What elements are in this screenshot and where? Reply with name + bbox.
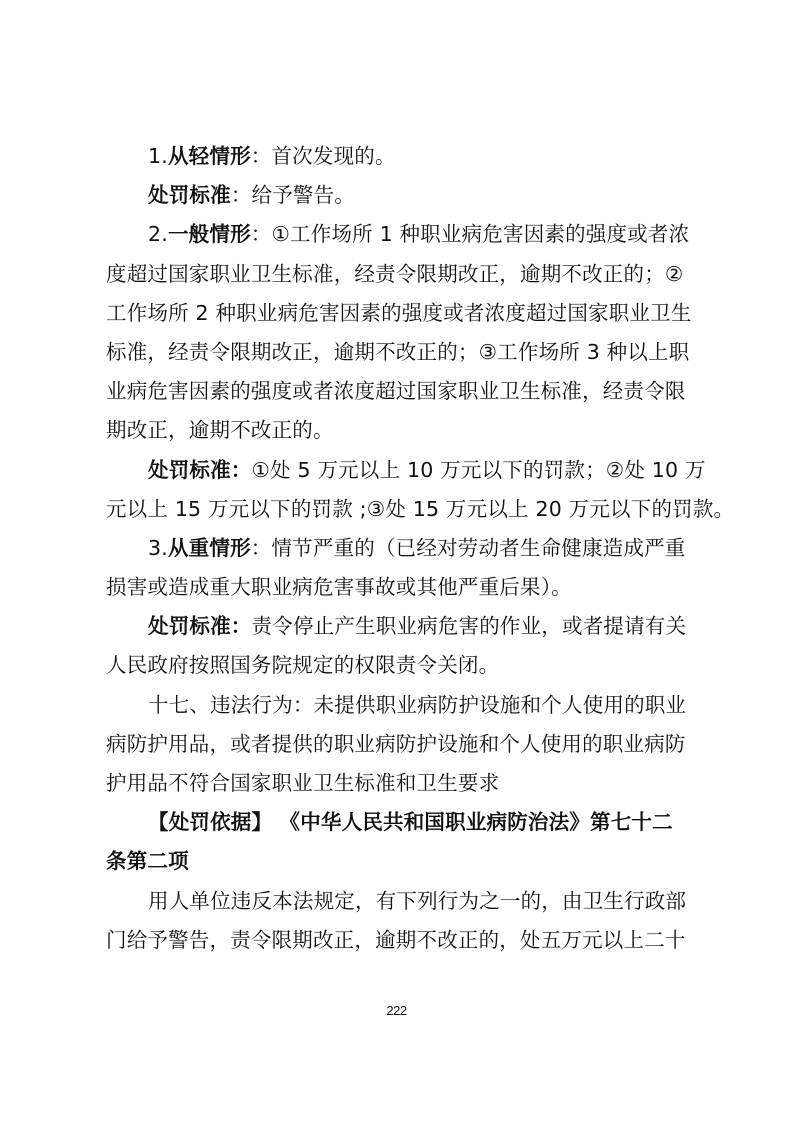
- text-span: 用人单位违反本法规定，有下列行为之一的，由卫生行政部: [148, 889, 686, 913]
- bold-label: 处罚标准：: [148, 614, 252, 638]
- bold-label: 从重情形: [168, 536, 251, 560]
- text-line: 期改正，逾期不改正的。: [106, 411, 690, 450]
- text-span: 人民政府按照国务院规定的权限责令关闭。: [106, 653, 499, 677]
- penalty-basis-heading: 【处罚依据】 《中华人民共和国职业病防治法》第七十二: [148, 810, 673, 834]
- text-span: 业病危害因素的强度或者浓度超过国家职业卫生标准，经责令限: [106, 379, 686, 403]
- document-body: 1.从轻情形：首次发现的。 处罚标准：给予警告。 2.一般情形：①工作场所 1 …: [106, 137, 690, 960]
- text-span: 工作场所 2 种职业病危害因素的强度或者浓度超过国家职业卫生: [106, 301, 692, 325]
- text-span: ：首次发现的。: [251, 144, 396, 168]
- text-line: 处罚标准：①处 5 万元以上 10 万元以下的罚款；②处 10 万: [106, 451, 690, 490]
- text-line: 处罚标准：责令停止产生职业病危害的作业，或者提请有关: [106, 607, 690, 646]
- text-span: 病防护用品，或者提供的职业病防护设施和个人使用的职业病防: [106, 732, 686, 756]
- page-number: 222: [0, 1003, 793, 1018]
- text-line: 人民政府按照国务院规定的权限责令关闭。: [106, 646, 690, 685]
- text-span: 护用品不符合国家职业卫生标准和卫生要求: [106, 771, 499, 795]
- text-line: 2.一般情形：①工作场所 1 种职业病危害因素的强度或者浓: [106, 215, 690, 254]
- bold-label: 一般情形: [168, 222, 251, 246]
- text-span: 期改正，逾期不改正的。: [106, 418, 334, 442]
- bold-label: 处罚标准：: [148, 458, 252, 482]
- text-line: 业病危害因素的强度或者浓度超过国家职业卫生标准，经责令限: [106, 372, 690, 411]
- text-line: 工作场所 2 种职业病危害因素的强度或者浓度超过国家职业卫生: [106, 294, 690, 333]
- text-span: 门给予警告，责令限期改正，逾期不改正的，处五万元以上二十: [106, 928, 686, 952]
- text-line: 损害或造成重大职业病危害事故或其他严重后果）。: [106, 568, 690, 607]
- text-line: 用人单位违反本法规定，有下列行为之一的，由卫生行政部: [106, 882, 690, 921]
- text-span: ：给予警告。: [231, 183, 355, 207]
- list-number: 2.: [148, 222, 168, 246]
- text-span: 损害或造成重大职业病危害事故或其他严重后果）。: [106, 575, 572, 599]
- text-line: 条第二项: [106, 842, 690, 881]
- text-line: 标准，经责令限期改正，逾期不改正的；③工作场所 3 种以上职: [106, 333, 690, 372]
- text-span: 标准，经责令限期改正，逾期不改正的；③工作场所 3 种以上职: [106, 340, 689, 364]
- section-heading-text: 十七、违法行为：未提供职业病防护设施和个人使用的职业: [148, 693, 686, 717]
- text-span: ：①工作场所 1 种职业病危害因素的强度或者浓: [251, 222, 690, 246]
- bold-label: 从轻情形: [168, 144, 251, 168]
- list-number: 3.: [148, 536, 168, 560]
- text-span: ：情节严重的（已经对劳动者生命健康造成严重: [251, 536, 686, 560]
- text-span: 元以上 15 万元以下的罚款 ;③处 15 万元以上 20 万元以下的罚款。: [106, 497, 734, 521]
- list-number: 1.: [148, 144, 168, 168]
- penalty-basis-heading: 条第二项: [106, 849, 189, 873]
- text-line: 处罚标准：给予警告。: [106, 176, 690, 215]
- text-line: 3.从重情形：情节严重的（已经对劳动者生命健康造成严重: [106, 529, 690, 568]
- text-span: ①处 5 万元以上 10 万元以下的罚款；②处 10 万: [252, 458, 706, 482]
- text-line: 护用品不符合国家职业卫生标准和卫生要求: [106, 764, 690, 803]
- bold-label: 处罚标准: [148, 183, 231, 207]
- text-span: 度超过国家职业卫生标准，经责令限期改正，逾期不改正的；②: [106, 262, 683, 286]
- text-line: 元以上 15 万元以下的罚款 ;③处 15 万元以上 20 万元以下的罚款。: [106, 490, 690, 529]
- text-line: 门给予警告，责令限期改正，逾期不改正的，处五万元以上二十: [106, 921, 690, 960]
- text-span: 责令停止产生职业病危害的作业，或者提请有关: [252, 614, 687, 638]
- text-line: 【处罚依据】 《中华人民共和国职业病防治法》第七十二: [106, 803, 690, 842]
- text-line: 病防护用品，或者提供的职业病防护设施和个人使用的职业病防: [106, 725, 690, 764]
- text-line: 度超过国家职业卫生标准，经责令限期改正，逾期不改正的；②: [106, 255, 690, 294]
- text-line: 1.从轻情形：首次发现的。: [106, 137, 690, 176]
- text-line: 十七、违法行为：未提供职业病防护设施和个人使用的职业: [106, 686, 690, 725]
